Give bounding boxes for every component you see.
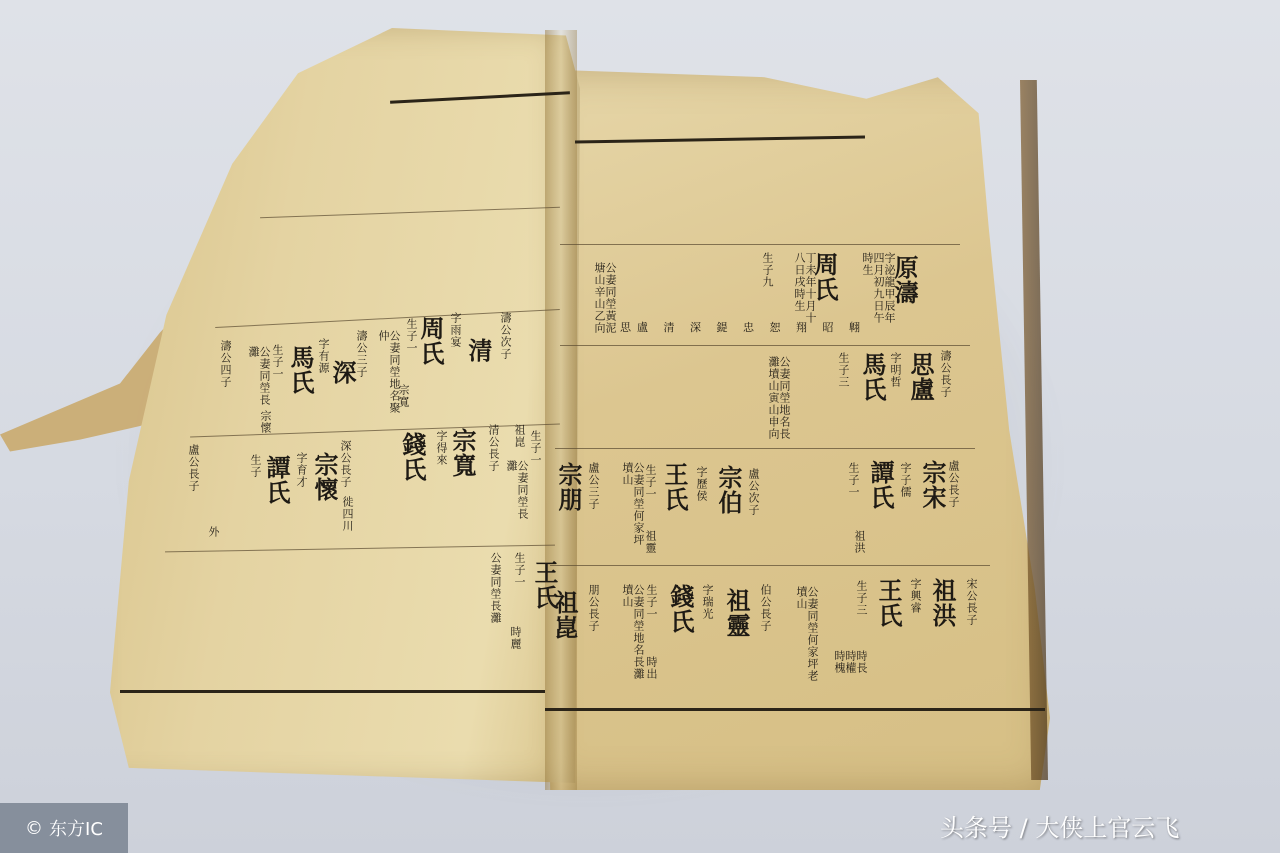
genealogy-name: 宗懷 (312, 452, 336, 502)
genealogy-note: 濤公三子 (356, 330, 367, 378)
copyright-icon: © (25, 818, 43, 839)
genealogy-note: 公妻同塋長灘 (490, 552, 501, 642)
genealogy-name: 宗寬 (450, 428, 474, 478)
genealogy-note: 字子儒 (900, 462, 911, 498)
genealogy-name: 錢氏 (668, 584, 692, 634)
genealogy-note: 公妻同塋長灘 (248, 346, 270, 416)
genealogy-note: 祖洪 (854, 530, 865, 554)
genealogy-note: 字雨宴 (450, 312, 461, 348)
genealogy-note: 生子一 (645, 464, 656, 500)
genealogy-name: 思盧 (908, 352, 932, 402)
genealogy-name: 深 (330, 360, 354, 385)
genealogy-note: 祖崑 (514, 424, 525, 448)
genealogy-note: 公妻同塋何家坪墳山 (622, 462, 644, 552)
genealogy-name: 清 (466, 338, 490, 363)
genealogy-note: 時長 時權 時槐 (834, 650, 867, 690)
genealogy-note: 外 (208, 526, 219, 538)
genealogy-name: 馬氏 (288, 345, 312, 395)
genealogy-note: 深公長子 (340, 440, 351, 488)
genealogy-note: 生子三 (838, 352, 849, 388)
genealogy-sons: 思盧 清 深 鍉 忠 恕 翔 昭 翺 (620, 322, 866, 333)
genealogy-name: 宗伯 (716, 465, 740, 515)
genealogy-note: 生子一 (646, 584, 657, 620)
genealogy-note: 生子一 (848, 462, 859, 498)
genealogy-note: 朋公長子 (588, 584, 599, 632)
genealogy-note: 生子 (250, 454, 261, 478)
photo-scene: 原濤 周氏 字泌龍甲辰年四月初九日午時生 丁未年十月十八日戌時生 生子九 公妻同… (0, 0, 1280, 853)
genealogy-note: 濤公四子 (220, 340, 231, 388)
genealogy-note: 公妻同塋地名長灘墳山寅山申向 (768, 356, 790, 446)
genealogy-note: 清公長子 (488, 424, 499, 472)
rule-line (545, 708, 1045, 711)
rule-line (560, 244, 960, 245)
genealogy-name: 錢氏 (400, 432, 424, 482)
genealogy-note: 濤公長子 (940, 350, 951, 398)
genealogy-note: 公妻同塋黃泥塘山辛山乙向 (594, 262, 616, 342)
genealogy-note: 生子一 (272, 344, 283, 380)
genealogy-name: 祖靈 (724, 588, 748, 638)
genealogy-note: 字明哲 (890, 352, 901, 388)
genealogy-note: 生子一 (514, 552, 525, 588)
genealogy-name: 王氏 (662, 462, 686, 512)
watermark-author: 头条号 / 大侠上官云飞 (940, 808, 1179, 843)
genealogy-note: 生子三 (856, 580, 867, 616)
genealogy-name: 周氏 (418, 316, 442, 366)
genealogy-note: 時麗 (510, 626, 521, 650)
genealogy-name: 馬氏 (860, 352, 884, 402)
genealogy-note: 徙四川 (342, 496, 353, 532)
genealogy-name: 譚氏 (264, 455, 288, 505)
genealogy-note: 公妻同塋何家坪老墳山 (796, 586, 818, 686)
genealogy-note: 盧公三子 (588, 462, 599, 510)
genealogy-note: 生子九 (762, 252, 773, 288)
genealogy-note: 字泌龍甲辰年四月初九日午時生 (862, 252, 895, 332)
book-spine (545, 30, 577, 790)
rule-line (560, 345, 970, 346)
rule-line (120, 690, 545, 693)
genealogy-note: 公妻同塋長灘 (506, 460, 528, 530)
rule-line (550, 565, 990, 566)
rule-line (555, 448, 975, 449)
genealogy-note: 祖靈 (645, 530, 656, 554)
right-page (540, 70, 1050, 790)
genealogy-note: 字得來 (436, 430, 447, 466)
genealogy-note: 字興睿 (910, 578, 921, 614)
genealogy-name: 譚氏 (868, 460, 892, 510)
watermark-agency: © 东方IC (0, 803, 128, 853)
genealogy-note: 丁未年十月十八日戌時生 (794, 252, 816, 332)
genealogy-note: 時出 (646, 656, 657, 680)
genealogy-name: 祖洪 (930, 578, 954, 628)
genealogy-name: 王氏 (532, 560, 556, 610)
genealogy-note: 盧公次子 (748, 468, 759, 516)
genealogy-note: 宋公長子 (966, 578, 977, 626)
genealogy-note: 字有源 (318, 338, 329, 374)
genealogy-note: 伯公長子 (760, 584, 771, 632)
genealogy-note: 生子一 (406, 318, 417, 354)
genealogy-note: 字歷侯 (696, 466, 707, 502)
genealogy-name: 宗宋 (920, 460, 944, 510)
genealogy-note: 生子一 (530, 430, 541, 466)
genealogy-note: 字育才 (296, 452, 307, 488)
genealogy-note: 盧公長子 (188, 444, 199, 492)
genealogy-note: 濤公次子 (500, 312, 511, 360)
genealogy-note: 公妻同塋地名聚仲 (378, 330, 400, 420)
genealogy-note: 盧公長子 (948, 460, 959, 508)
watermark-agency-text: 东方IC (49, 815, 103, 841)
genealogy-note: 字瑞光 (702, 584, 713, 620)
genealogy-note: 公妻同塋地名長灘墳山 (622, 584, 644, 684)
genealogy-name: 王氏 (876, 578, 900, 628)
genealogy-name: 宗朋 (556, 462, 580, 512)
